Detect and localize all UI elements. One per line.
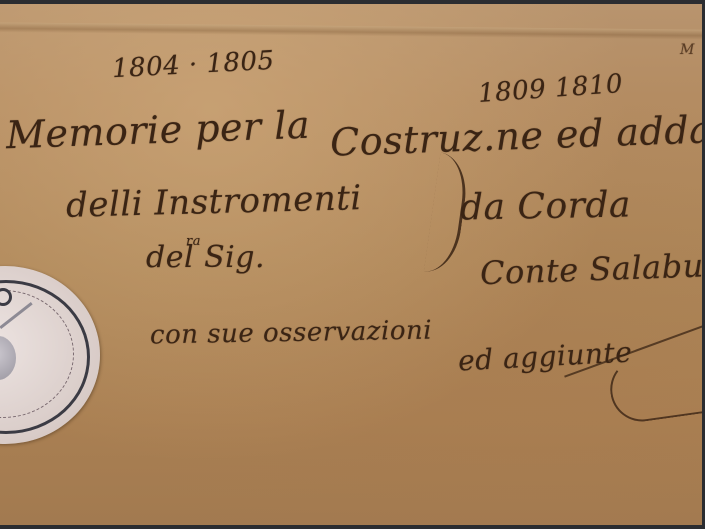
manuscript-line-1-left: Memorie per la bbox=[5, 103, 310, 158]
image-frame: 1804 · 1805 1809 1810 M Memorie per la C… bbox=[0, 0, 705, 529]
corner-mark: M bbox=[680, 42, 695, 58]
manuscript-line-3-left: del Sig. bbox=[146, 240, 265, 275]
year-range-left: 1804 · 1805 bbox=[111, 46, 275, 84]
manuscript-line-4-left: con sue osservazioni bbox=[150, 316, 433, 351]
archival-oval-label bbox=[0, 266, 100, 444]
manuscript-line-4-right: ed aggiunte bbox=[457, 335, 633, 377]
manuscript-page: 1804 · 1805 1809 1810 M Memorie per la C… bbox=[0, 4, 702, 525]
manuscript-line-2-left: delli Instromenti bbox=[66, 178, 363, 226]
manuscript-line-3-superscript: ra bbox=[186, 234, 201, 249]
paper-fold-line bbox=[0, 22, 702, 39]
manuscript-line-3-right: Conte Salabue bbox=[479, 246, 702, 292]
manuscript-line-2-right: da Corda bbox=[460, 185, 632, 229]
year-range-right: 1809 1810 bbox=[477, 69, 624, 109]
manuscript-line-1-right: Costruz.ne ed adda bbox=[329, 107, 702, 164]
